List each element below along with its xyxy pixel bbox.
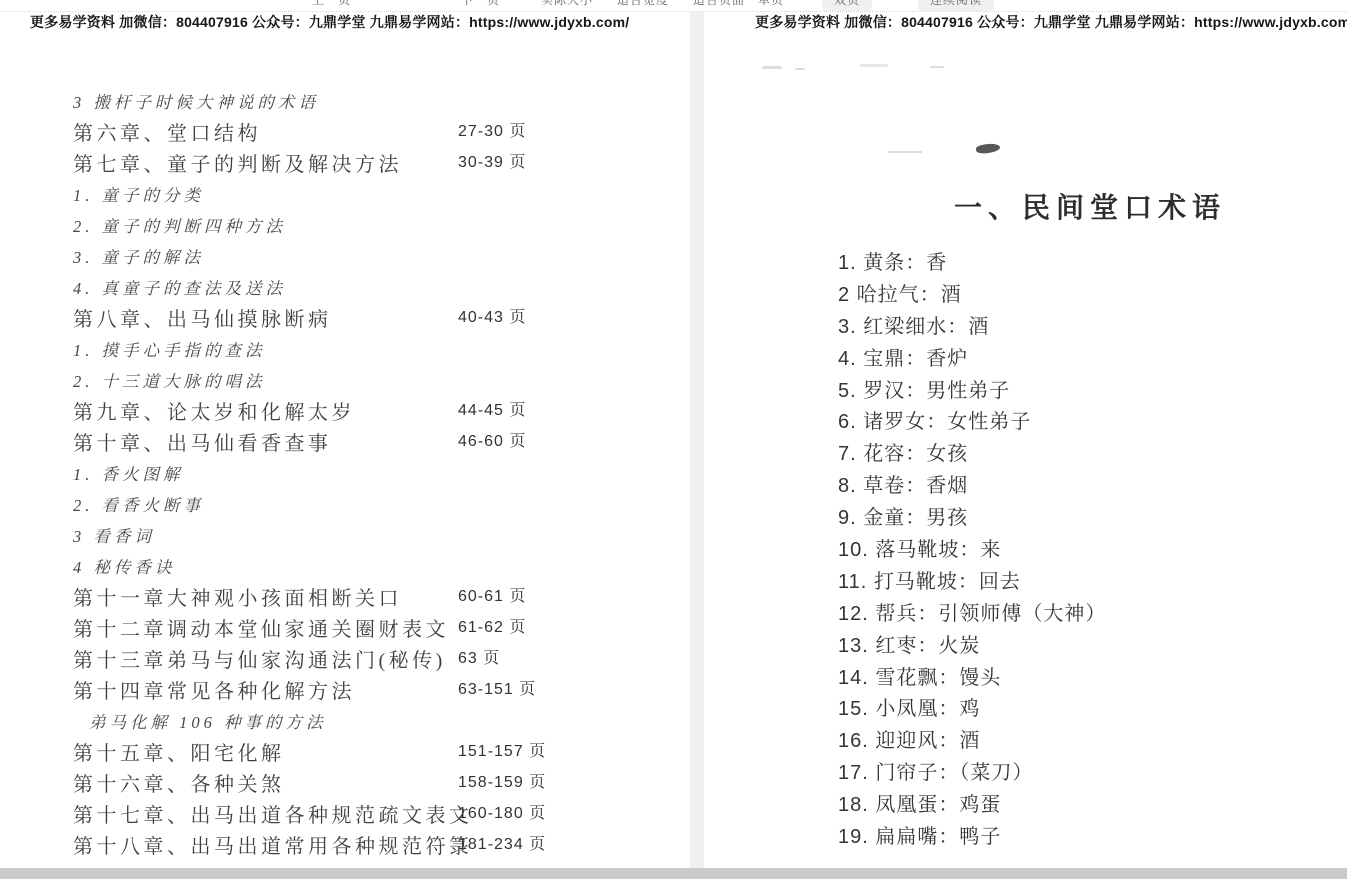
toc-page-range: 44-45 页 [458, 395, 526, 426]
toc-page-range: 61-62 页 [458, 612, 526, 643]
toc-title: 第十三章弟马与仙家沟通法门(秘传) [73, 644, 446, 673]
term-list: 1. 黄条：香 2 哈拉气：酒 3. 红梁细水：酒 4. 宝鼎：香炉 5. 罗汉… [838, 248, 1106, 854]
term-item: 10. 落马靴坡：来 [838, 535, 1106, 567]
toc-title: 第十七章、出马出道各种规范疏文表文 [73, 799, 473, 828]
toc-row: 第十三章弟马与仙家沟通法门(秘传)63 页 [73, 643, 653, 674]
toc-page-range: 60-61 页 [458, 581, 526, 612]
toc-row: 2. 看香火断事 [73, 488, 653, 519]
toc-row: 2. 十三道大脉的唱法 [73, 364, 653, 395]
watermark-header-left: 更多易学资料 加微信：804407916 公众号：九鼎学堂 九鼎易学网站：htt… [30, 13, 629, 31]
toc-title: 弟马化解 106 种事的方法 [73, 709, 327, 733]
toc-row: 3. 童子的解法 [73, 240, 653, 271]
toc-title: 1. 香火图解 [73, 461, 184, 485]
term-item: 4. 宝鼎：香炉 [838, 344, 1106, 376]
toc-title: 3 看香词 [73, 523, 155, 547]
toc-title: 第十五章、阳宅化解 [73, 737, 285, 766]
term-item: 7. 花容：女孩 [838, 439, 1106, 471]
term-item: 17. 门帘子：（菜刀） [838, 758, 1106, 790]
toc-title: 第十章、出马仙看香查事 [73, 427, 332, 456]
term-item: 15. 小凤凰：鸡 [838, 694, 1106, 726]
term-item: 18. 凤凰蛋：鸡蛋 [838, 790, 1106, 822]
double-page-button[interactable]: 双页 [822, 0, 872, 11]
toc-row: 第十一章大神观小孩面相断关口60-61 页 [73, 581, 653, 612]
term-item: 14. 雪花飘：馒头 [838, 663, 1106, 695]
toc-page-range: 151-157 页 [458, 736, 546, 767]
toc-row: 第十六章、各种关煞158-159 页 [73, 767, 653, 798]
toc-title: 第七章、童子的判断及解决方法 [73, 148, 402, 177]
toc-row: 3 搬杆子时候大神说的术语 [73, 85, 653, 116]
toc-row: 第十二章调动本堂仙家通关圈财表文61-62 页 [73, 612, 653, 643]
term-item: 8. 草卷：香烟 [838, 471, 1106, 503]
toc-row: 4 秘传香诀 [73, 550, 653, 581]
toc-title: 4. 真童子的查法及送法 [73, 275, 286, 299]
toc-row: 4. 真童子的查法及送法 [73, 271, 653, 302]
fit-page-button[interactable]: 适合页面 [693, 0, 745, 11]
toc-row: 1. 童子的分类 [73, 178, 653, 209]
term-item: 6. 诸罗女：女性弟子 [838, 407, 1106, 439]
toc-title: 第十八章、出马出道常用各种规范符箓 [73, 830, 473, 859]
next-page-button[interactable]: 下一页 [461, 0, 500, 11]
term-item: 11. 打马靴坡：回去 [838, 567, 1106, 599]
toc-title: 第十一章大神观小孩面相断关口 [73, 582, 402, 611]
toc-row: 2. 童子的判断四种方法 [73, 209, 653, 240]
term-item: 1. 黄条：香 [838, 248, 1106, 280]
term-item: 2 哈拉气：酒 [838, 280, 1106, 312]
table-of-contents: 3 搬杆子时候大神说的术语 第六章、堂口结构27-30 页 第七章、童子的判断及… [73, 85, 653, 860]
watermark-header-right: 更多易学资料 加微信：804407916 公众号：九鼎学堂 九鼎易学网站：htt… [755, 13, 1347, 31]
scan-artifact [888, 151, 922, 153]
toc-title: 第九章、论太岁和化解太岁 [73, 396, 355, 425]
toc-title: 第十四章常见各种化解方法 [73, 675, 355, 704]
term-item: 19. 扁扁嘴：鸭子 [838, 822, 1106, 854]
term-item: 16. 迎迎风：酒 [838, 726, 1106, 758]
toc-row: 第八章、出马仙摸脉断病40-43 页 [73, 302, 653, 333]
toc-row: 第十七章、出马出道各种规范疏文表文160-180 页 [73, 798, 653, 829]
toc-row: 第九章、论太岁和化解太岁44-45 页 [73, 395, 653, 426]
term-item: 5. 罗汉：男性弟子 [838, 376, 1106, 408]
section-title: 一、民间堂口术语 [845, 186, 1335, 226]
actual-size-button[interactable]: 实际大小 [541, 0, 593, 11]
toc-page-range: 158-159 页 [458, 767, 546, 798]
toc-row: 第十四章常见各种化解方法63-151 页 [73, 674, 653, 705]
toc-title: 2. 童子的判断四种方法 [73, 213, 286, 237]
scan-artifact [795, 68, 805, 70]
toc-row: 第七章、童子的判断及解决方法30-39 页 [73, 147, 653, 178]
toc-row: 第六章、堂口结构27-30 页 [73, 116, 653, 147]
toc-title: 1. 童子的分类 [73, 182, 204, 206]
toc-title: 2. 看香火断事 [73, 492, 204, 516]
toc-page-range: 27-30 页 [458, 116, 526, 147]
page-gap-divider [690, 0, 704, 868]
viewport-bottom-edge [0, 868, 1347, 879]
toc-title: 第十六章、各种关煞 [73, 768, 285, 797]
term-item: 13. 红枣：火炭 [838, 631, 1106, 663]
toc-title: 第八章、出马仙摸脉断病 [73, 303, 332, 332]
prev-page-button[interactable]: 上一页 [312, 0, 351, 11]
toc-page-range: 46-60 页 [458, 426, 526, 457]
toc-title: 4 秘传香诀 [73, 554, 175, 578]
scan-artifact [762, 66, 782, 69]
toc-page-range: 63-151 页 [458, 674, 536, 705]
continuous-read-button[interactable]: 连续阅读 [918, 0, 994, 11]
toc-title: 第十二章调动本堂仙家通关圈财表文 [73, 613, 449, 642]
toc-row: 1. 香火图解 [73, 457, 653, 488]
toc-title: 3. 童子的解法 [73, 244, 204, 268]
toc-row: 1. 摸手心手指的查法 [73, 333, 653, 364]
single-page-button[interactable]: 单页 [758, 0, 784, 11]
term-item: 3. 红梁细水：酒 [838, 312, 1106, 344]
pdf-viewer-toolbar: 上一页 下一页 实际大小 适合宽度 适合页面 单页 双页 连续阅读 [0, 0, 1347, 12]
scan-artifact [930, 66, 944, 68]
toc-page-range: 181-234 页 [458, 829, 546, 860]
term-item: 12. 帮兵：引领师傅（大神） [838, 599, 1106, 631]
toc-row: 第十五章、阳宅化解151-157 页 [73, 736, 653, 767]
toc-page-range: 40-43 页 [458, 302, 526, 333]
page-number-input[interactable] [378, 0, 444, 12]
toc-title: 1. 摸手心手指的查法 [73, 337, 266, 361]
toc-title: 2. 十三道大脉的唱法 [73, 368, 266, 392]
toc-page-range: 30-39 页 [458, 147, 526, 178]
toc-page-range: 160-180 页 [458, 798, 546, 829]
toc-title: 第六章、堂口结构 [73, 117, 261, 146]
toc-title: 3 搬杆子时候大神说的术语 [73, 89, 319, 113]
scan-artifact [860, 64, 888, 67]
toc-row: 弟马化解 106 种事的方法 [73, 705, 653, 736]
toc-row: 3 看香词 [73, 519, 653, 550]
term-item: 9. 金童：男孩 [838, 503, 1106, 535]
toc-page-range: 63 页 [458, 643, 500, 674]
toc-row: 第十八章、出马出道常用各种规范符箓181-234 页 [73, 829, 653, 860]
fit-width-button[interactable]: 适合宽度 [617, 0, 669, 11]
toc-row: 第十章、出马仙看香查事46-60 页 [73, 426, 653, 457]
